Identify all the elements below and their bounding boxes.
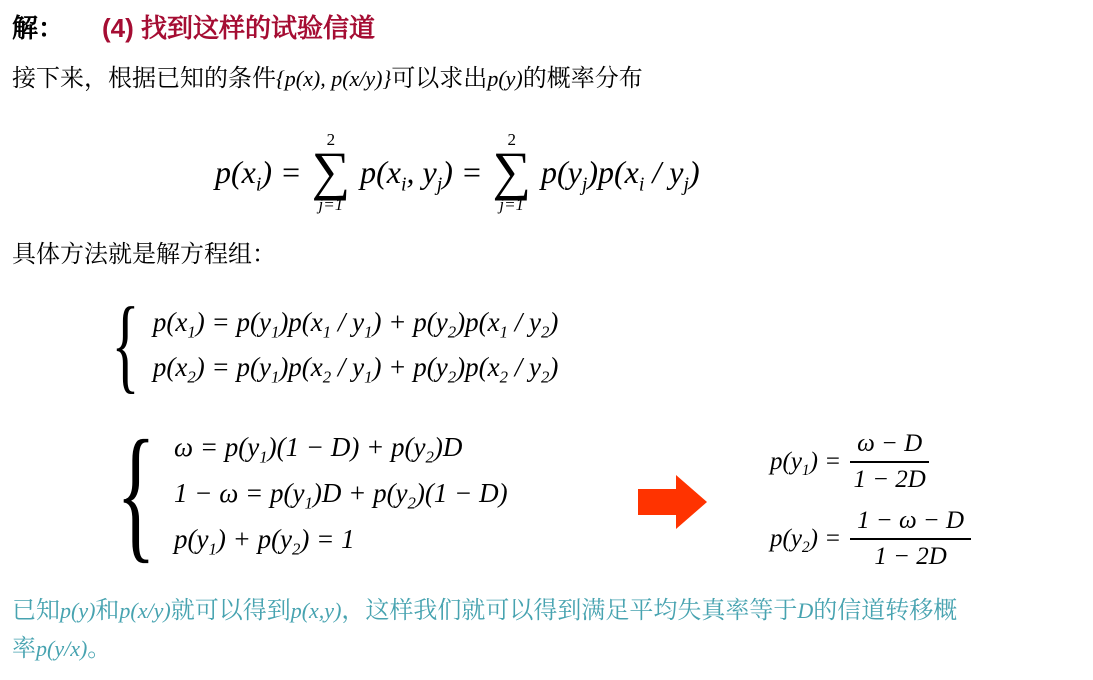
fraction: ω − D 1 − 2D — [850, 430, 929, 494]
formula-mid: p(xi, yj) = — [360, 154, 482, 191]
equation-system-1: { p(x1) = p(y1)p(x1 / y1) + p(y2)p(x1 / … — [100, 297, 558, 392]
title-line: 解：(4) 找到这样的试验信道 — [12, 8, 375, 45]
intro-text: 接下来，根据已知的条件{p(x), p(x/y)}可以求出p(y)的概率分布 — [12, 58, 643, 93]
conclusion-part: 就可以得到 — [171, 597, 291, 624]
equation: 1 − ω = p(y1)D + p(y2)(1 − D) — [174, 470, 508, 516]
conclusion-math: p(y/x) — [36, 636, 87, 661]
denominator: 1 − 2D — [874, 540, 946, 571]
sum-lower-limit: j=1 — [319, 195, 344, 215]
result-equations: p(y1) = ω − D 1 − 2D p(y2) = 1 − ω − D 1… — [770, 430, 971, 571]
conclusion-part: 的信道转移概 — [813, 597, 957, 624]
numerator: 1 − ω − D — [850, 507, 971, 540]
conclusion-text: 已知p(y)和p(x/y)就可以得到p(x,y)，这样我们就可以得到满足平均失真… — [12, 592, 1092, 668]
method-label: 具体方法就是解方程组： — [12, 234, 276, 269]
intro-mid: 可以求出 — [391, 65, 487, 92]
conclusion-math: D — [797, 598, 813, 623]
inline-math-py: p(y) — [487, 66, 522, 91]
conclusion-math: p(x,y) — [291, 598, 342, 623]
inline-math-conditions: {p(x), p(x/y)} — [276, 66, 391, 91]
equation: ω = p(y1)(1 − D) + p(y2)D — [174, 424, 508, 470]
equation-list: ω = p(y1)(1 − D) + p(y2)D 1 − ω = p(y1)D… — [174, 424, 508, 562]
formula-rhs: p(yj)p(xi / yj) — [541, 154, 700, 191]
intro-pre: 接下来，根据已知的条件 — [12, 65, 276, 92]
conclusion-part: ，这样我们就可以得到满足平均失真率等于 — [341, 597, 797, 624]
result-lhs: p(y1) = — [770, 448, 841, 476]
equation: p(x1) = p(y1)p(x1 / y1) + p(y2)p(x1 / y2… — [153, 300, 558, 345]
sigma-icon: ∑ — [312, 149, 351, 195]
section-heading: (4) 找到这样的试验信道 — [102, 13, 375, 43]
result-row-1: p(y1) = ω − D 1 − 2D — [770, 430, 971, 494]
equation-system-2: { ω = p(y1)(1 − D) + p(y2)D 1 − ω = p(y1… — [100, 424, 508, 562]
numerator: ω − D — [850, 430, 929, 463]
summation-2: 2 ∑ j=1 — [492, 130, 531, 215]
equation: p(y1) + p(y2) = 1 — [174, 516, 508, 562]
conclusion-part: 和 — [95, 597, 119, 624]
equation: p(x2) = p(y1)p(x2 / y1) + p(y2)p(x2 / y2… — [153, 345, 558, 390]
summation-1: 2 ∑ j=1 — [312, 130, 351, 215]
result-lhs: p(y2) = — [770, 525, 841, 553]
conclusion-math: p(y) — [60, 598, 95, 623]
sum-formula: p(xi) = 2 ∑ j=1 p(xi, yj) = 2 ∑ j=1 p(yj… — [215, 122, 700, 222]
slide: 解：(4) 找到这样的试验信道 接下来，根据已知的条件{p(x), p(x/y)… — [0, 0, 1093, 680]
solution-label: 解： — [12, 13, 64, 43]
conclusion-part: 已知 — [12, 597, 60, 624]
result-row-2: p(y2) = 1 − ω − D 1 − 2D — [770, 507, 971, 571]
equation-list: p(x1) = p(y1)p(x1 / y1) + p(y2)p(x1 / y2… — [153, 300, 558, 390]
left-brace-icon: { — [116, 426, 156, 561]
conclusion-part: 率 — [12, 635, 36, 662]
fraction: 1 − ω − D 1 − 2D — [850, 507, 971, 571]
right-arrow-icon — [638, 473, 708, 531]
sigma-icon: ∑ — [492, 149, 531, 195]
sum-lower-limit: j=1 — [499, 195, 524, 215]
intro-post: 的概率分布 — [523, 65, 643, 92]
left-brace-icon: { — [111, 297, 139, 392]
denominator: 1 − 2D — [853, 463, 925, 494]
conclusion-math: p(x/y) — [119, 598, 170, 623]
formula-lhs: p(xi) = — [215, 154, 302, 191]
conclusion-part: 。 — [87, 635, 111, 662]
